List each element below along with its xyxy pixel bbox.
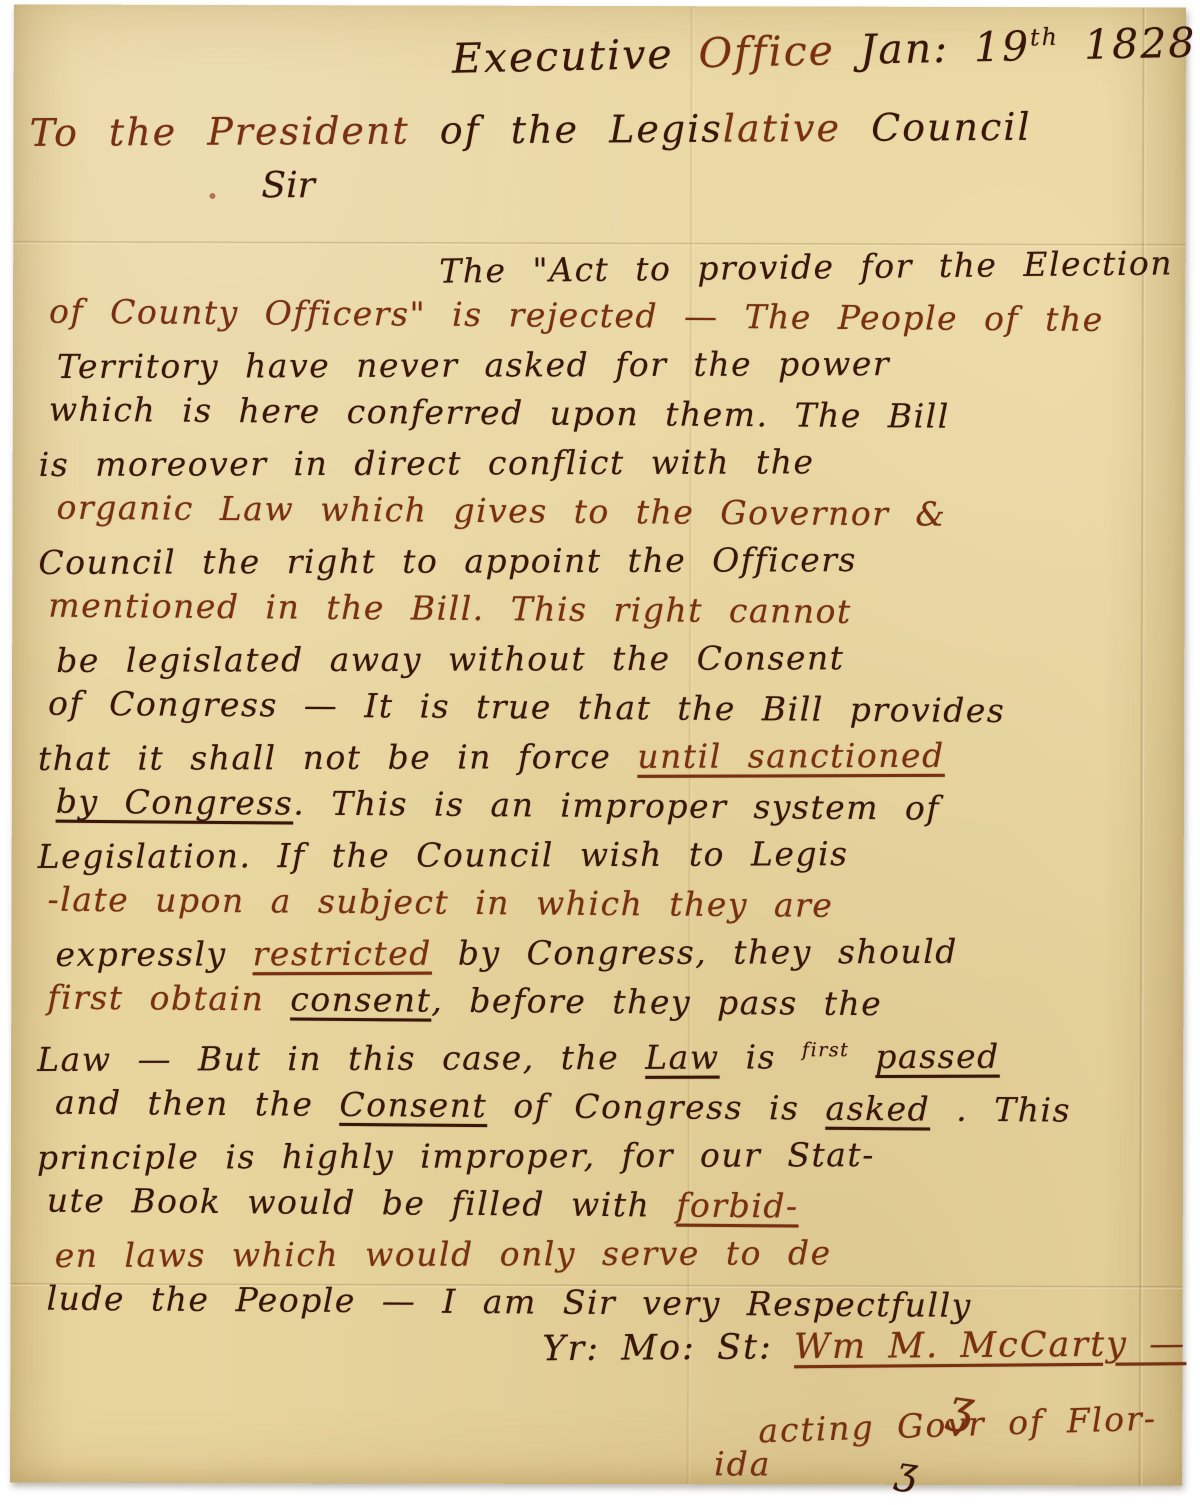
body-line: en laws which would only serve to de	[55, 1227, 1165, 1280]
body-line: mentioned in the Bill. This right cannot	[48, 581, 1166, 639]
body-line: -late upon a subject in which they are	[47, 875, 1165, 933]
body-line: principle is highly improper, for our St…	[37, 1129, 1165, 1182]
body-line: lude the People — I am Sir very Respectf…	[46, 1274, 1164, 1332]
body-line: ute Book would be filled with forbid-	[47, 1176, 1165, 1234]
signature-line: Yr: Mo: St: Wm M. McCarty —	[542, 1324, 1186, 1369]
letter-body: The "Act to provide for the Electionof C…	[36, 241, 1167, 1329]
body-line: by Congress. This is an improper system …	[56, 777, 1166, 835]
signer-title-line-2: ida	[714, 1444, 771, 1483]
title-flourish: ʒ	[893, 1448, 920, 1495]
body-line: of County Officers" is rejected — The Pe…	[49, 287, 1167, 345]
body-line: Council the right to appoint the Officer…	[38, 534, 1166, 587]
body-line: be legislated away without the Consent	[56, 632, 1166, 685]
body-line: Legislation. If the Council wish to Legi…	[38, 828, 1166, 881]
body-line: The "Act to provide for the Election	[439, 238, 1168, 295]
salutation-greeting: Sir	[261, 165, 314, 206]
body-line: first obtain consent, before they pass t…	[47, 973, 1165, 1031]
letter-paper: Executive Office Jan: 19th 1828 To the P…	[10, 4, 1186, 1485]
dateline: Executive Office Jan: 19th 1828	[451, 18, 1196, 82]
body-line: is moreover in direct conflict with the	[39, 436, 1167, 489]
address-line: To the President of the Legislative Coun…	[29, 105, 1031, 155]
body-line: organic Law which gives to the Governor …	[56, 483, 1166, 541]
body-line: Territory have never asked for the power	[57, 338, 1167, 391]
scan-background: { "theme": { "background_color": "#fffff…	[0, 0, 1200, 1505]
body-line: that it shall not be in force until sanc…	[38, 730, 1166, 783]
body-line: and then the Consent of Congress is aske…	[55, 1078, 1165, 1136]
signer-title-line-1: acting Govr of Flor-	[758, 1399, 1158, 1451]
body-line: Law — But in this case, the Law is first…	[37, 1024, 1165, 1084]
body-line: of Congress — It is true that the Bill p…	[48, 679, 1166, 737]
body-line: expressly restricted by Congress, they s…	[55, 926, 1165, 979]
ink-spot	[209, 193, 215, 199]
body-line: which is here conferred upon them. The B…	[49, 385, 1167, 443]
